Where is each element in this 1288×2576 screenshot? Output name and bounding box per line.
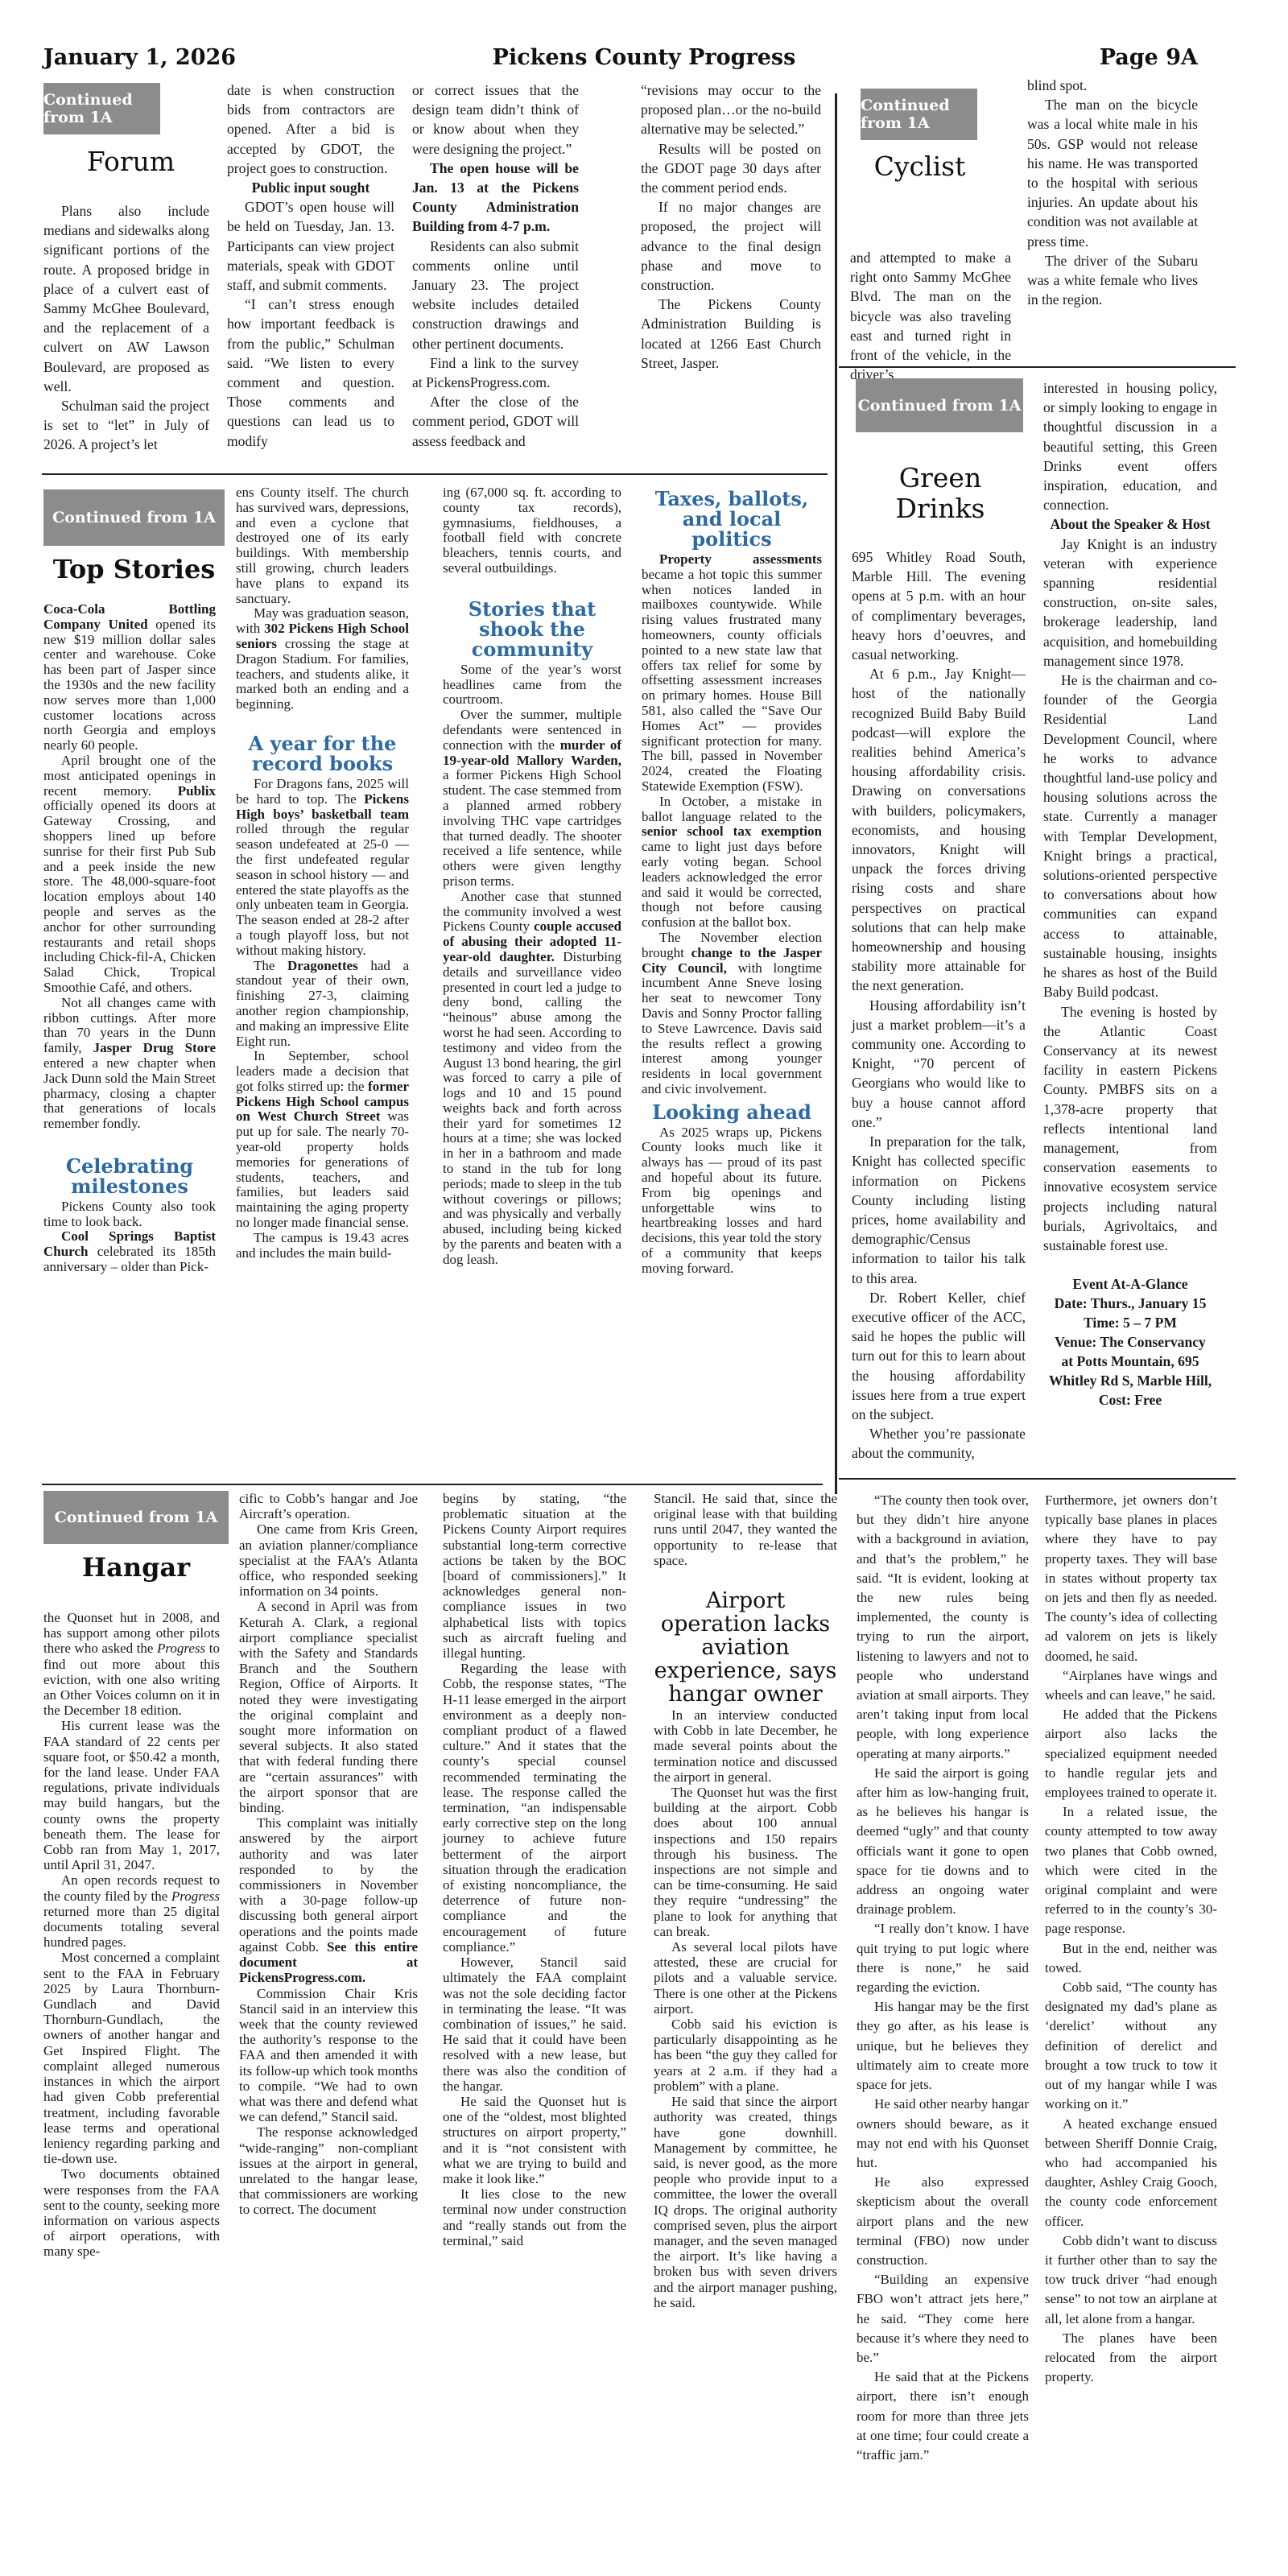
event-venue: Whitley Rd S, Marble Hill, xyxy=(1043,1371,1217,1390)
article-paragraph: Cobb didn’t want to discuss it further o… xyxy=(1045,2231,1217,2329)
green-drinks-col-1: 695 Whitley Road South, Marble Hill. The… xyxy=(852,547,1026,1463)
airport-subheadline: Airport operation lacks aviation experie… xyxy=(654,1589,837,1706)
story-paragraph: In September, school leaders made a deci… xyxy=(236,1049,409,1231)
event-venue: at Potts Mountain, 695 xyxy=(1043,1352,1217,1371)
article-paragraph: He said that at the Pickens airport, the… xyxy=(857,2368,1029,2465)
paragraph-text: Disturbing details and surveillance vide… xyxy=(443,949,621,1267)
story-paragraph: As 2025 wraps up, Pickens County looks m… xyxy=(642,1125,822,1277)
paragraph-text: with longtime incumbent Anne Sneve losin… xyxy=(642,960,822,1096)
article-paragraph: He also expressed skepticism about the o… xyxy=(857,2173,1029,2270)
green-drinks-title: Green Drinks xyxy=(852,463,1029,524)
subhead-celebrating-milestones: Celebrating milestones xyxy=(43,1156,216,1196)
article-paragraph: It lies close to the new terminal now un… xyxy=(443,2186,626,2248)
paragraph-text: was put up for sale. The nearly 70-year-… xyxy=(236,1108,409,1230)
paragraph-text: returned more than 25 digital documents … xyxy=(43,1904,220,1950)
continued-badge: Continued from 1A xyxy=(43,489,225,546)
subhead-record-books: A year for the record books xyxy=(236,733,409,774)
article-paragraph: Jay Knight is an industry veteran with e… xyxy=(1043,535,1217,671)
hangar-col-2: cific to Cobb’s hangar and Joe Aircraft’… xyxy=(239,1491,418,2218)
continued-badge: Continued from 1A xyxy=(43,1491,229,1544)
article-paragraph: He said the Quonset hut is one of the “o… xyxy=(443,2094,626,2186)
article-paragraph: He is the chairman and co-founder of the… xyxy=(1043,671,1217,1001)
paper-name: Pickens County Progress xyxy=(0,45,1288,70)
forum-paragraph: date is when construction bids from cont… xyxy=(227,80,394,178)
story-paragraph: Some of the year’s worst headlines came … xyxy=(443,663,621,708)
cyclist-paragraph: The driver of the Subaru was a white fem… xyxy=(1027,251,1198,310)
forum-paragraph: or correct issues that the design team d… xyxy=(412,80,579,159)
section-divider xyxy=(42,473,828,475)
story-paragraph: Another case that stunned the community … xyxy=(443,890,621,1268)
paragraph-text: entered a new chapter when Jack Dunn sol… xyxy=(43,1055,216,1131)
page-number: Page 9A xyxy=(1100,45,1198,70)
article-paragraph: An open records request to the county fi… xyxy=(43,1872,220,1950)
paragraph-text: officially opened its doors at Gateway C… xyxy=(43,798,216,995)
forum-paragraph: Schulman said the project is set to “let… xyxy=(43,396,209,455)
title-line: Drinks xyxy=(852,493,1029,524)
forum-col-1: Plans also include medians and sidewalks… xyxy=(43,201,209,455)
article-paragraph: This complaint was initially answered by… xyxy=(239,1815,418,1985)
article-paragraph: As several local pilots have attested, t… xyxy=(654,1939,837,2017)
article-paragraph: He added that the Pickens airport also l… xyxy=(1045,1705,1217,1802)
article-paragraph: The planes have been relocated from the … xyxy=(1045,2329,1217,2388)
story-paragraph: Pickens County also took time to look ba… xyxy=(43,1199,216,1230)
cyclist-col-1: and attempted to make a right onto Sammy… xyxy=(850,248,1011,384)
article-paragraph: cific to Cobb’s hangar and Joe Aircraft’… xyxy=(239,1491,418,1521)
article-paragraph: In a related issue, the county attempted… xyxy=(1045,1802,1217,1938)
story-paragraph: The November election brought change to … xyxy=(642,931,822,1097)
paragraph-text: a former Pickens High School student. Th… xyxy=(443,767,621,889)
paragraph-text: became a hot topic this summer when noti… xyxy=(642,567,822,794)
hangar-title: Hangar xyxy=(43,1552,229,1583)
article-paragraph: Two documents obtained were responses fr… xyxy=(43,2166,220,2259)
paragraph-text: The xyxy=(254,958,287,973)
publication-name: Progress xyxy=(157,1641,205,1656)
forum-paragraph: The Pickens County Administration Buildi… xyxy=(641,295,821,373)
article-paragraph: interested in housing policy, or simply … xyxy=(1043,378,1217,514)
article-paragraph: the Quonset hut in 2008, and has support… xyxy=(43,1610,220,1718)
article-paragraph: He said the airport is going after him a… xyxy=(857,1764,1029,1920)
publication-name: Progress xyxy=(171,1889,220,1904)
article-paragraph: Regarding the lease with Cobb, the respo… xyxy=(443,1661,626,1955)
event-venue: Venue: The Conservancy xyxy=(1043,1332,1217,1352)
top-stories-col-3: ing (67,000 sq. ft. according to county … xyxy=(443,485,621,1268)
story-paragraph: The Dragonettes had a standout year of t… xyxy=(236,959,409,1050)
story-paragraph: Over the summer, multiple defendants wer… xyxy=(443,708,621,890)
hangar-col-5: “The county then took over, but they did… xyxy=(857,1491,1029,2465)
story-paragraph: ens County itself. The church has surviv… xyxy=(236,485,409,606)
cyclist-paragraph: The man on the bicycle was a local white… xyxy=(1027,95,1198,251)
article-paragraph: “Building an expensive FBO won’t attract… xyxy=(857,2270,1029,2368)
event-heading: Event At-A-Glance xyxy=(1043,1274,1217,1294)
story-paragraph: Not all changes came with ribbon cutting… xyxy=(43,996,216,1132)
article-paragraph: In an interview conducted with Cobb in l… xyxy=(654,1707,837,1785)
paragraph-text: This complaint was initially answered by… xyxy=(239,1815,418,1955)
article-paragraph: Housing affordability isn’t just a marke… xyxy=(852,996,1026,1132)
article-paragraph: Whether you’re passionate about the comm… xyxy=(852,1424,1026,1463)
forum-paragraph: If no major changes are proposed, the pr… xyxy=(641,197,821,295)
continued-badge: Continued from 1A xyxy=(861,89,977,140)
hangar-col-3: begins by stating, “the problematic situ… xyxy=(443,1491,626,2248)
company-name: Jasper Drug Store xyxy=(93,1040,216,1055)
forum-paragraph: GDOT’s open house will be held on Tuesda… xyxy=(227,197,394,295)
company-name: Publix xyxy=(178,783,216,799)
subhead-taxes-ballots: Taxes, ballots, and local politics xyxy=(642,489,822,549)
forum-paragraph: Residents can also submit comments onlin… xyxy=(412,237,579,353)
highlight: Property assessments xyxy=(659,551,822,567)
event-date: Date: Thurs., January 15 xyxy=(1043,1294,1217,1313)
subhead-looking-ahead: Looking ahead xyxy=(642,1102,822,1122)
subhead-stories-shook: Stories that shook the community xyxy=(443,599,621,659)
top-stories-col-2: ens County itself. The church has surviv… xyxy=(236,485,409,1261)
top-stories-title: Top Stories xyxy=(43,554,225,584)
forum-col-3: or correct issues that the design team d… xyxy=(412,80,579,451)
article-paragraph: The Quonset hut was the first building a… xyxy=(654,1785,837,1939)
top-stories-col-4: Taxes, ballots, and local politics Prope… xyxy=(642,485,822,1277)
hangar-col-1: the Quonset hut in 2008, and has support… xyxy=(43,1610,220,2260)
cyclist-paragraph: and attempted to make a right onto Sammy… xyxy=(850,248,1011,384)
article-paragraph: He said that since the airport authority… xyxy=(654,2094,837,2310)
forum-paragraph: Results will be posted on the GDOT page … xyxy=(641,139,821,198)
story-paragraph: Property assessments became a hot topic … xyxy=(642,552,822,795)
article-paragraph: But in the end, neither was towed. xyxy=(1045,1939,1217,1978)
article-paragraph: The evening is hosted by the Atlantic Co… xyxy=(1043,1002,1217,1256)
forum-paragraph: Plans also include medians and sidewalks… xyxy=(43,201,209,396)
event-at-a-glance: Event At-A-Glance Date: Thurs., January … xyxy=(1043,1274,1217,1410)
story-paragraph: Cool Springs Baptist Church celebrated i… xyxy=(43,1229,216,1274)
green-drinks-col-2: interested in housing policy, or simply … xyxy=(1043,378,1217,1410)
article-paragraph: A heated exchange ensued between Sheriff… xyxy=(1045,2115,1217,2231)
highlight: Dragonettes xyxy=(287,958,358,973)
article-paragraph: Cobb said, “The county has designated my… xyxy=(1045,1978,1217,2114)
section-divider xyxy=(839,1478,1236,1480)
article-paragraph: One came from Kris Green, an aviation pl… xyxy=(239,1521,418,1599)
story-paragraph: For Dragons fans, 2025 will be hard to t… xyxy=(236,777,409,959)
article-paragraph: “I really don’t know. I have quit trying… xyxy=(857,1919,1029,1997)
article-paragraph: His hangar may be the first they go afte… xyxy=(857,1997,1029,2095)
paragraph-text: In October, a mistake in ballot language… xyxy=(642,794,822,824)
event-time: Time: 5 – 7 PM xyxy=(1043,1313,1217,1332)
hangar-col-4: Stancil. He said that, since the origina… xyxy=(654,1491,837,2310)
cyclist-col-2: blind spot. The man on the bicycle was a… xyxy=(1027,76,1198,309)
article-paragraph: However, Stancil said ultimately the FAA… xyxy=(443,1955,626,2094)
article-paragraph: Most concerned a complaint sent to the F… xyxy=(43,1950,220,2166)
title-line: Green xyxy=(852,463,1029,493)
forum-col-2: date is when construction bids from cont… xyxy=(227,80,394,451)
article-paragraph: Stancil. He said that, since the origina… xyxy=(654,1491,837,1568)
column-divider xyxy=(835,93,837,1494)
story-paragraph: April brought one of the most anticipate… xyxy=(43,753,216,996)
article-paragraph: At 6 p.m., Jay Knight—host of the nation… xyxy=(852,664,1026,995)
event-cost: Cost: Free xyxy=(1043,1390,1217,1410)
cyclist-paragraph: blind spot. xyxy=(1027,76,1198,95)
story-paragraph: The campus is 19.43 acres and includes t… xyxy=(236,1231,409,1261)
article-paragraph: “Airplanes have wings and wheels and can… xyxy=(1045,1666,1217,1705)
article-paragraph: Dr. Robert Keller, chief executive offic… xyxy=(852,1288,1026,1424)
forum-title: Forum xyxy=(43,147,218,177)
highlight: senior school tax exemption xyxy=(642,824,822,839)
continued-badge: Continued from 1A xyxy=(43,83,160,134)
forum-open-house-notice: The open house will be Jan. 13 at the Pi… xyxy=(412,159,579,237)
article-paragraph: “The county then took over, but they did… xyxy=(857,1491,1029,1764)
article-paragraph: His current lease was the FAA standard o… xyxy=(43,1718,220,1872)
article-paragraph: He said other nearby hangar owners shoul… xyxy=(857,2095,1029,2173)
article-paragraph: Cobb said his eviction is particularly d… xyxy=(654,2017,837,2094)
speaker-subhead: About the Speaker & Host xyxy=(1043,514,1217,534)
article-paragraph: 695 Whitley Road South, Marble Hill. The… xyxy=(852,547,1026,664)
forum-col-4: “revisions may occur to the proposed pla… xyxy=(641,80,821,373)
article-paragraph: The response acknowledged “wide-ranging”… xyxy=(239,2124,418,2217)
top-stories-col-1: Coca-Cola Bottling Company United opened… xyxy=(43,602,216,1275)
story-paragraph: In October, a mistake in ballot language… xyxy=(642,795,822,931)
cyclist-title: Cyclist xyxy=(853,151,986,182)
article-paragraph: Commission Chair Kris Stancil said in an… xyxy=(239,1986,418,2125)
article-paragraph: begins by stating, “the problematic situ… xyxy=(443,1491,626,1661)
story-paragraph: May was graduation season, with 302 Pick… xyxy=(236,606,409,712)
story-paragraph: ing (67,000 sq. ft. according to county … xyxy=(443,485,621,576)
forum-paragraph: Find a link to the survey at PickensProg… xyxy=(412,353,579,392)
paragraph-text: opened its new $19 million dollar sales … xyxy=(43,617,216,753)
paragraph-text: came to light just days before early vot… xyxy=(642,839,822,930)
article-paragraph: In preparation for the talk, Knight has … xyxy=(852,1132,1026,1288)
article-paragraph: A second in April was from Keturah A. Cl… xyxy=(239,1599,418,1815)
story-paragraph: Coca-Cola Bottling Company United opened… xyxy=(43,602,216,753)
continued-badge: Continued from 1A xyxy=(856,378,1023,432)
forum-subhead: Public input sought xyxy=(227,178,394,197)
paragraph-text: rolled through the regular season undefe… xyxy=(236,821,409,957)
forum-paragraph: “revisions may occur to the proposed pla… xyxy=(641,80,821,139)
hangar-col-6: Furthermore, jet owners don’t typically … xyxy=(1045,1491,1217,2387)
section-divider xyxy=(42,1484,823,1485)
article-paragraph: Furthermore, jet owners don’t typically … xyxy=(1045,1491,1217,1666)
forum-paragraph: After the close of the comment period, G… xyxy=(412,392,579,451)
forum-paragraph: “I can’t stress enough how important fee… xyxy=(227,295,394,451)
